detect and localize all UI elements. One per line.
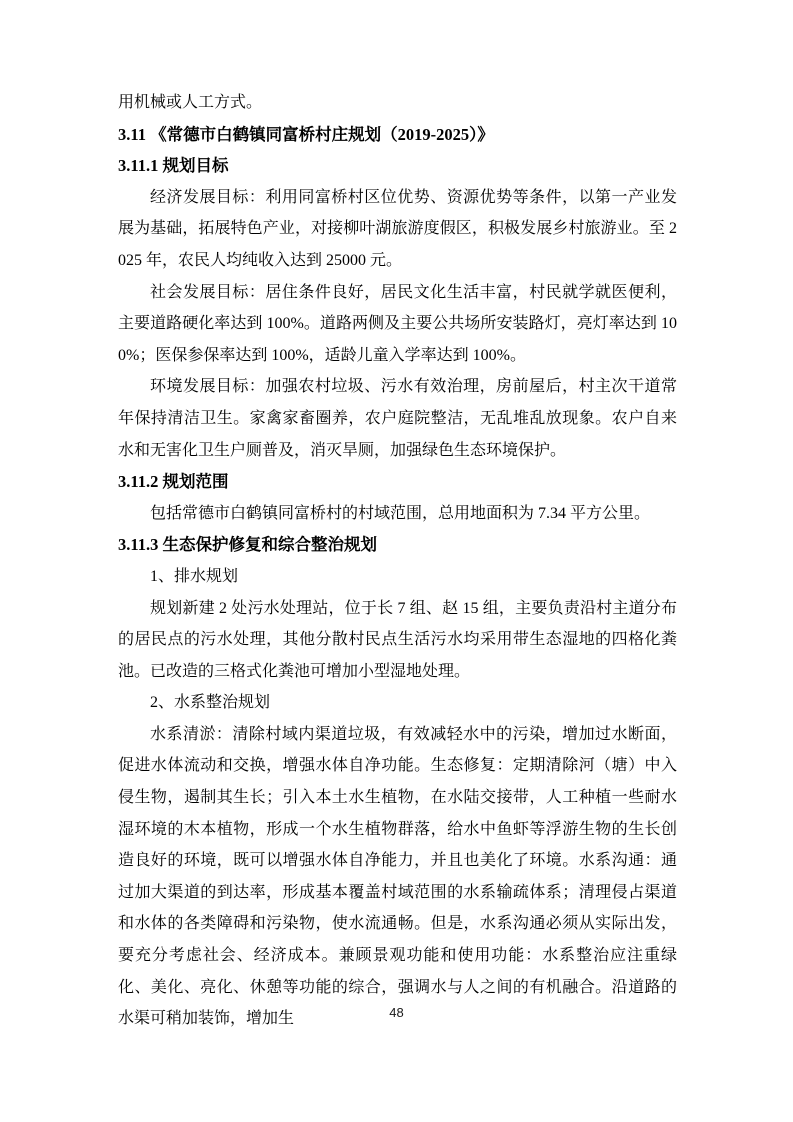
- list-item-water-system-plan: 2、水系整治规划: [118, 687, 677, 719]
- paragraph-planning-scope: 包括常德市白鹤镇同富桥村的村域范围，总用地面积为 7.34 平方公里。: [118, 498, 677, 530]
- heading-3-11-1: 3.11.1 规划目标: [118, 150, 677, 182]
- heading-3-11: 3.11 《常德市白鹤镇同富桥村庄规划（2019-2025）》: [118, 119, 677, 151]
- paragraph-economic-goal: 经济发展目标：利用同富桥村区位优势、资源优势等条件，以第一产业发展为基础，拓展特…: [118, 182, 677, 277]
- paragraph-environment-goal: 环境发展目标：加强农村垃圾、污水有效治理，房前屋后，村主次干道常年保持清洁卫生。…: [118, 371, 677, 466]
- paragraph-continuation: 用机械或人工方式。: [118, 87, 677, 119]
- paragraph-drainage-plan: 规划新建 2 处污水处理站，位于长 7 组、赵 15 组，主要负责沿村主道分布的…: [118, 593, 677, 688]
- heading-3-11-2: 3.11.2 规划范围: [118, 466, 677, 498]
- paragraph-water-system-plan: 水系清淤：清除村域内渠道垃圾，有效减轻水中的污染，增加过水断面，促进水体流动和交…: [118, 719, 677, 1035]
- page-content: 用机械或人工方式。 3.11 《常德市白鹤镇同富桥村庄规划（2019-2025）…: [118, 87, 677, 1035]
- list-item-drainage-plan: 1、排水规划: [118, 561, 677, 593]
- paragraph-social-goal: 社会发展目标：居住条件良好，居民文化生活丰富，村民就学就医便利，主要道路硬化率达…: [118, 277, 677, 372]
- heading-3-11-3: 3.11.3 生态保护修复和综合整治规划: [118, 529, 677, 561]
- document-page: 用机械或人工方式。 3.11 《常德市白鹤镇同富桥村庄规划（2019-2025）…: [0, 0, 793, 1122]
- page-number: 48: [0, 1004, 793, 1022]
